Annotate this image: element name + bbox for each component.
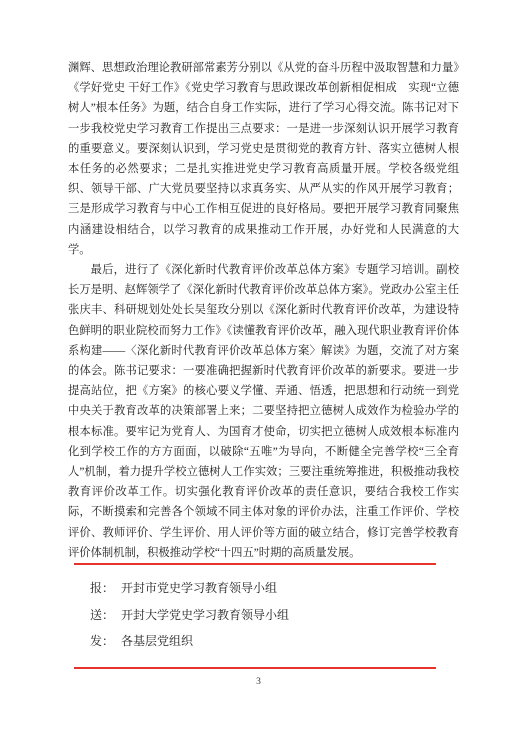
distribution-target: 开封大学党史学习教育领导小组: [121, 608, 289, 622]
distribution-line-send: 送：开封大学党史学习教育领导小组: [90, 602, 436, 629]
distribution-label: 报：: [90, 581, 114, 595]
body-paragraph-2: 最后，进行了《深化新时代教育评价改革总体方案》专题学习培训。副校长万是明、赵辉领…: [68, 260, 459, 563]
distribution-line-report: 报：开封市党史学习教育领导小组: [90, 575, 436, 602]
distribution-rows: 报：开封市党史学习教育领导小组 送：开封大学党史学习教育领导小组 发：各基层党组…: [74, 565, 436, 667]
distribution-line-issue: 发：各基层党组织: [90, 628, 436, 655]
body-paragraph-1: 渊辉、思想政治理论教研部常素芳分别以《从党的奋斗历程中汲取智慧和力量》《学好党史…: [68, 58, 459, 260]
page-number: 3: [0, 677, 517, 687]
distribution-block: 报：开封市党史学习教育领导小组 送：开封大学党史学习教育领导小组 发：各基层党组…: [74, 563, 436, 669]
distribution-target: 开封市党史学习教育领导小组: [121, 581, 277, 595]
distribution-target: 各基层党组织: [121, 634, 193, 648]
red-rule-bottom: [74, 667, 436, 669]
distribution-label: 发：: [90, 634, 114, 648]
document-page: 渊辉、思想政治理论教研部常素芳分别以《从党的奋斗历程中汲取智慧和力量》《学好党史…: [0, 0, 517, 731]
distribution-label: 送：: [90, 608, 114, 622]
document-body: 渊辉、思想政治理论教研部常素芳分别以《从党的奋斗历程中汲取智慧和力量》《学好党史…: [68, 58, 459, 563]
